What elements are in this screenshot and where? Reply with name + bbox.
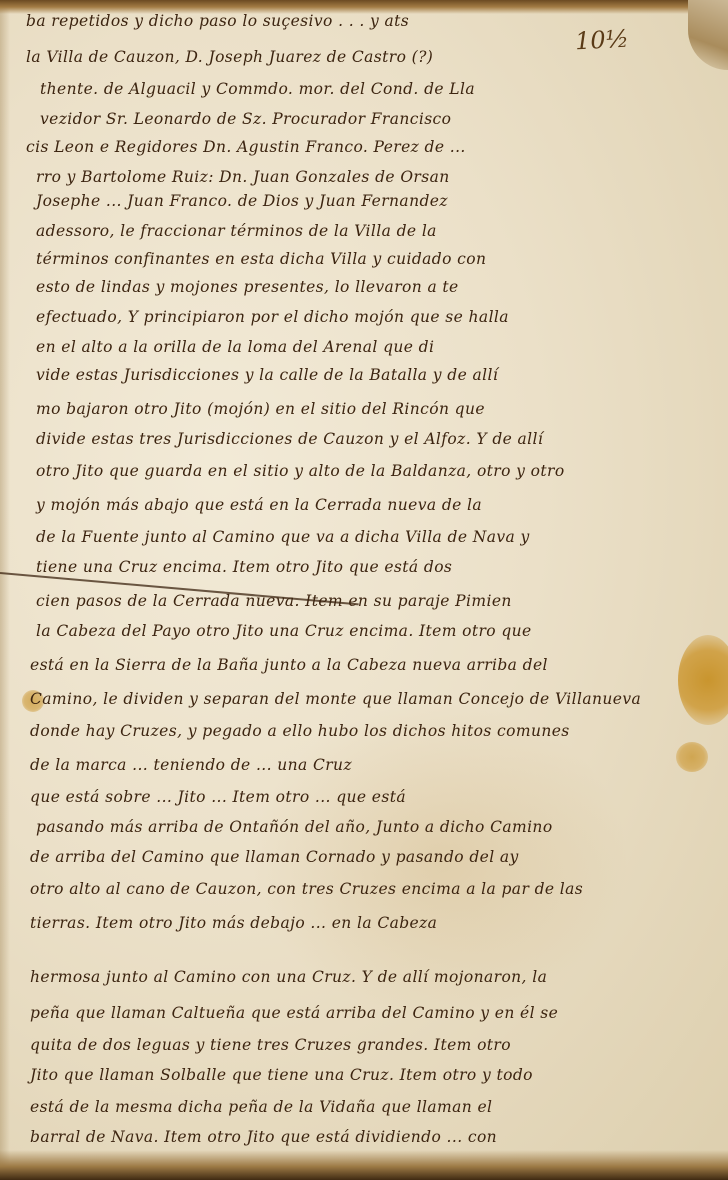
manuscript-line: tiene una Cruz encima. Item otro Jito qu… [36,558,452,576]
manuscript-line: otro Jito que guarda en el sitio y alto … [36,462,565,480]
manuscript-line: en el alto a la orilla de la loma del Ar… [36,338,434,356]
manuscript-line: de la marca ... teniendo de ... una Cruz [30,756,352,774]
manuscript-line: tierras. Item otro Jito más debajo ... e… [30,914,437,932]
manuscript-line: barral de Nava. Item otro Jito que está … [30,1128,497,1146]
water-stain [676,742,708,772]
manuscript-line: hermosa junto al Camino con una Cruz. Y … [30,968,547,986]
manuscript-line: cien pasos de la Cerrada nueva. Item en … [36,592,512,610]
manuscript-line: donde hay Cruzes, y pegado a ello hubo l… [30,722,570,740]
page-corner-curl [688,0,728,70]
folio-number: 10½ [574,25,629,56]
manuscript-line: y mojón más abajo que está en la Cerrada… [36,496,482,514]
manuscript-line: vide estas Jurisdicciones y la calle de … [36,366,498,384]
binding-shadow [0,0,10,1180]
manuscript-line: está en la Sierra de la Baña junto a la … [30,656,548,674]
water-stain [678,635,728,725]
manuscript-line: cis Leon e Regidores Dn. Agustin Franco.… [26,138,466,156]
manuscript-line: Camino, le dividen y separan del monte q… [30,690,641,708]
manuscript-line: de arriba del Camino que llaman Cornado … [30,848,519,866]
manuscript-line: divide estas tres Jurisdicciones de Cauz… [36,430,543,448]
manuscript-line: términos confinantes en esta dicha Villa… [36,250,486,268]
manuscript-line: mo bajaron otro Jito (mojón) en el sitio… [36,400,485,418]
manuscript-line: efectuado, Y principiaron por el dicho m… [36,308,509,326]
manuscript-line: que está sobre ... Jito ... Item otro ..… [30,788,406,806]
manuscript-line: la Cabeza del Payo otro Jito una Cruz en… [36,622,532,640]
manuscript-line: vezidor Sr. Leonardo de Sz. Procurador F… [40,110,451,128]
manuscript-line: pasando más arriba de Ontañón del año, J… [36,818,553,836]
manuscript-line: thente. de Alguacil y Commdo. mor. del C… [40,80,475,98]
manuscript-line: Jito que llaman Solballe que tiene una C… [30,1066,533,1084]
manuscript-line: Josephe ... Juan Franco. de Dios y Juan … [36,192,448,210]
manuscript-line: quita de dos leguas y tiene tres Cruzes … [30,1036,511,1054]
manuscript-line: de la Fuente junto al Camino que va a di… [36,528,530,546]
manuscript-line: ba repetidos y dicho paso lo suçesivo . … [26,12,409,30]
manuscript-line: esto de lindas y mojones presentes, lo l… [36,278,459,296]
manuscript-line: rro y Bartolome Ruiz: Dn. Juan Gonzales … [36,168,450,186]
manuscript-line: está de la mesma dicha peña de la Vidaña… [30,1098,492,1116]
manuscript-page: 10½ ba repetidos y dicho paso lo suçesiv… [0,0,728,1180]
page-bottom-edge [0,1150,728,1180]
manuscript-line: adessoro, le fraccionar términos de la V… [36,222,437,240]
manuscript-line: la Villa de Cauzon, D. Joseph Juarez de … [26,48,433,66]
manuscript-line: peña que llaman Caltueña que está arriba… [30,1004,558,1022]
manuscript-line: otro alto al cano de Cauzon, con tres Cr… [30,880,583,898]
